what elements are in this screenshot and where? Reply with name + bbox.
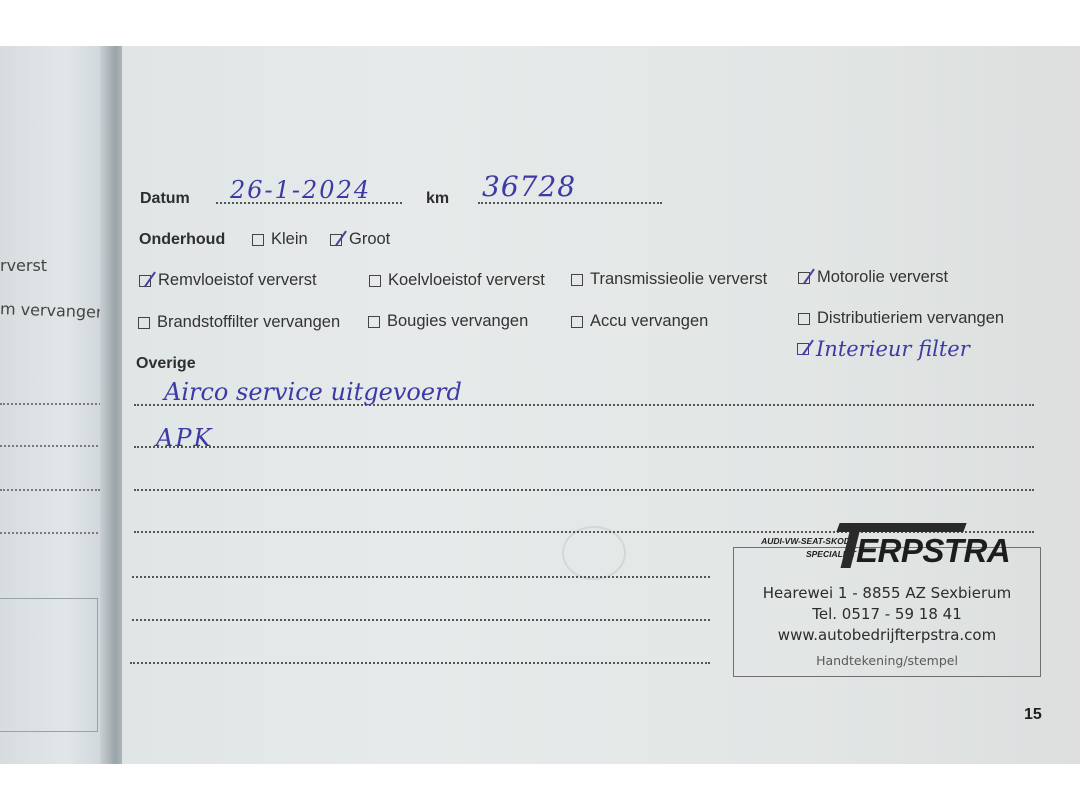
checked-box-icon <box>797 343 809 355</box>
stamp-tagline: AUDI-VW-SEAT-SKODA SPECIALIST <box>738 536 856 559</box>
overige-entry[interactable]: APK <box>156 424 213 452</box>
left-page-fragment: m vervangen <box>0 299 106 322</box>
stamp-phone: Tel. 0517 - 59 18 41 <box>734 605 1040 623</box>
handwritten-label: Interieur filter <box>816 337 970 361</box>
left-page-stamp-box <box>0 598 98 732</box>
stamp-tagline-specialist: SPECIALIST <box>738 549 856 559</box>
overige-entry[interactable]: Airco service uitgevoerd <box>164 378 462 406</box>
datum-label: Datum <box>140 190 190 208</box>
checkbox-icon <box>798 313 810 325</box>
left-page-fragment: rverst <box>0 256 47 275</box>
brand-name: ERPSTRA <box>856 532 1010 570</box>
checkbox-icon <box>368 316 380 328</box>
stamp-address: Hearewei 1 - 8855 AZ Sexbierum <box>734 584 1040 602</box>
dotted-line <box>0 403 104 405</box>
dotted-line <box>0 489 100 491</box>
checkbox-icon <box>571 274 583 286</box>
show-through-text <box>592 118 599 141</box>
checkbox-icon <box>369 275 381 287</box>
checkbox-remvloeistof[interactable]: Remvloeistof ververst <box>139 271 317 290</box>
checkbox-label: Bougies vervangen <box>387 312 528 331</box>
checkbox-motorolie[interactable]: Motorolie ververst <box>798 268 948 287</box>
page-number: 15 <box>1024 706 1042 724</box>
checkbox-groot[interactable]: Groot <box>330 230 390 249</box>
checkbox-label: Accu vervangen <box>590 312 708 331</box>
checkbox-label: Remvloeistof ververst <box>158 271 317 290</box>
overige-line <box>134 446 1034 448</box>
checkbox-accu[interactable]: Accu vervangen <box>571 312 708 331</box>
overige-line <box>132 619 710 621</box>
km-value[interactable]: 36728 <box>482 170 576 203</box>
dotted-line <box>0 532 98 534</box>
checkbox-klein[interactable]: Klein <box>252 230 308 249</box>
checkbox-label: Transmissieolie ververst <box>590 270 767 289</box>
overige-label: Overige <box>136 355 196 373</box>
handwritten-check-interieur-filter[interactable]: Interieur filter <box>797 337 970 361</box>
checked-box-icon <box>330 234 342 246</box>
checkbox-icon <box>138 317 150 329</box>
km-label: km <box>426 190 449 208</box>
checkbox-label: Koelvloeistof ververst <box>388 271 545 290</box>
checkbox-label: Groot <box>349 230 390 249</box>
checked-box-icon <box>798 272 810 284</box>
onderhoud-label: Onderhoud <box>139 231 225 249</box>
checkbox-distributieriem[interactable]: Distributieriem vervangen <box>798 309 1004 328</box>
overige-line <box>134 489 1034 491</box>
checkbox-label: Klein <box>271 230 308 249</box>
checkbox-icon <box>571 316 583 328</box>
overige-line <box>130 662 710 664</box>
stamp-caption: Handtekening/stempel <box>734 653 1040 668</box>
stamp-website: www.autobedrijfterpstra.com <box>734 626 1040 644</box>
checkbox-label: Distributieriem vervangen <box>817 309 1004 328</box>
overige-line <box>132 576 710 578</box>
checkbox-koelvloeistof[interactable]: Koelvloeistof ververst <box>369 271 545 290</box>
checkbox-transmissieolie[interactable]: Transmissieolie ververst <box>571 270 767 289</box>
checkbox-brandstoffilter[interactable]: Brandstoffilter vervangen <box>138 313 340 332</box>
checkbox-label: Motorolie ververst <box>817 268 948 287</box>
checkbox-bougies[interactable]: Bougies vervangen <box>368 312 528 331</box>
dotted-line <box>0 445 102 447</box>
stamp-tagline-brands: AUDI-VW-SEAT-SKODA <box>738 536 856 546</box>
checked-box-icon <box>139 275 151 287</box>
checkbox-label: Brandstoffilter vervangen <box>157 313 340 332</box>
checkbox-icon <box>252 234 264 246</box>
datum-value[interactable]: 26-1-2024 <box>230 176 371 204</box>
show-through-logo <box>562 526 626 580</box>
